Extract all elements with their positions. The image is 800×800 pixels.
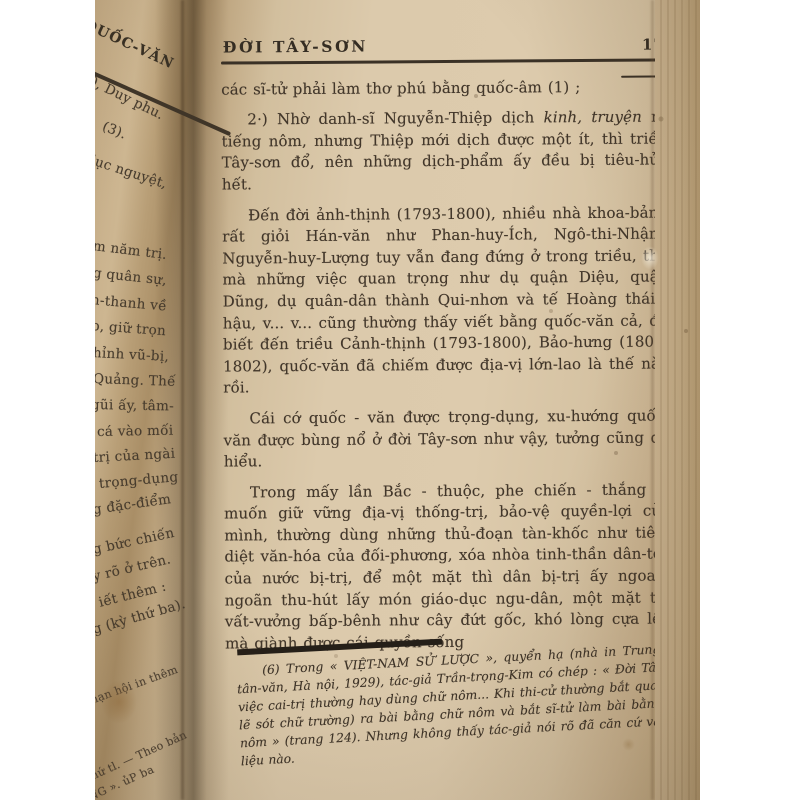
header-rule — [221, 59, 658, 65]
body-paragraph: Cái cớ quốc - văn được trọng-dụng, xu-hư… — [223, 405, 669, 473]
left-page-fragment: trọng-dụng — [98, 469, 179, 492]
left-page-fragment: (3). — [100, 119, 129, 143]
left-page-fragment: cá vào mối — [97, 423, 174, 440]
running-header: ĐỜI TÂY-SƠN 17 — [221, 34, 667, 56]
left-page-fragment: hỉnh vũ-bị, — [95, 345, 169, 365]
left-page: QUỐC-VĂN 0, Duy phu. (3). lục nguyệt, m … — [95, 0, 190, 800]
body-paragraph: Đến đời ảnh-thịnh (1793-1800), nhiều nhà… — [222, 202, 669, 399]
footnote-block: (6) Trong « VIỆT-NAM SỬ LƯỢC », quyển hạ… — [235, 626, 693, 770]
paragraph-text: 2·) Nhờ danh-sĩ Nguyễn-Thiệp dịch — [247, 109, 543, 129]
body-paragraph: Trong mấy lần Bắc - thuộc, phe chiến - t… — [224, 479, 671, 655]
paper-specks — [95, 0, 97, 2]
right-page: ĐỜI TÂY-SƠN 17 các sĩ-tử phải làm thơ ph… — [221, 34, 671, 664]
book-photo: QUỐC-VĂN 0, Duy phu. (3). lục nguyệt, m … — [95, 0, 700, 800]
page-edge-stack — [655, 0, 700, 800]
left-page-fragment: trị của ngài — [95, 446, 176, 466]
left-page-fragment: lục nguyệt, — [95, 152, 169, 192]
paragraph-italic-text: kinh, truyện — [544, 108, 642, 127]
page-body: các sĩ-tử phải làm thơ phú bằng quốc-âm … — [221, 76, 671, 655]
left-page-fragment: hạn hội in thêm — [95, 663, 180, 707]
body-paragraph: các sĩ-tử phải làm thơ phú bằng quốc-âm … — [221, 76, 667, 101]
left-page-fragment: Quảng. Thế — [95, 371, 176, 390]
left-page-running-title: QUỐC-VĂN — [95, 17, 177, 73]
left-page-fragment: m năm trị. — [95, 238, 168, 263]
left-page-fragment: gũi ấy, tâm- — [95, 397, 174, 414]
left-page-fragment: p, giữ trọn — [95, 318, 167, 339]
left-page-fragment: g đặc-điểm — [95, 491, 172, 518]
left-page-fragment: n-thanh về — [95, 292, 167, 315]
body-paragraph: 2·) Nhờ danh-sĩ Nguyễn-Thiệp dịch kinh, … — [221, 107, 668, 196]
left-page-fragment: g quân sự, — [95, 265, 168, 289]
page-edge-crease — [651, 0, 654, 800]
page-title: ĐỜI TÂY-SƠN — [223, 37, 368, 57]
